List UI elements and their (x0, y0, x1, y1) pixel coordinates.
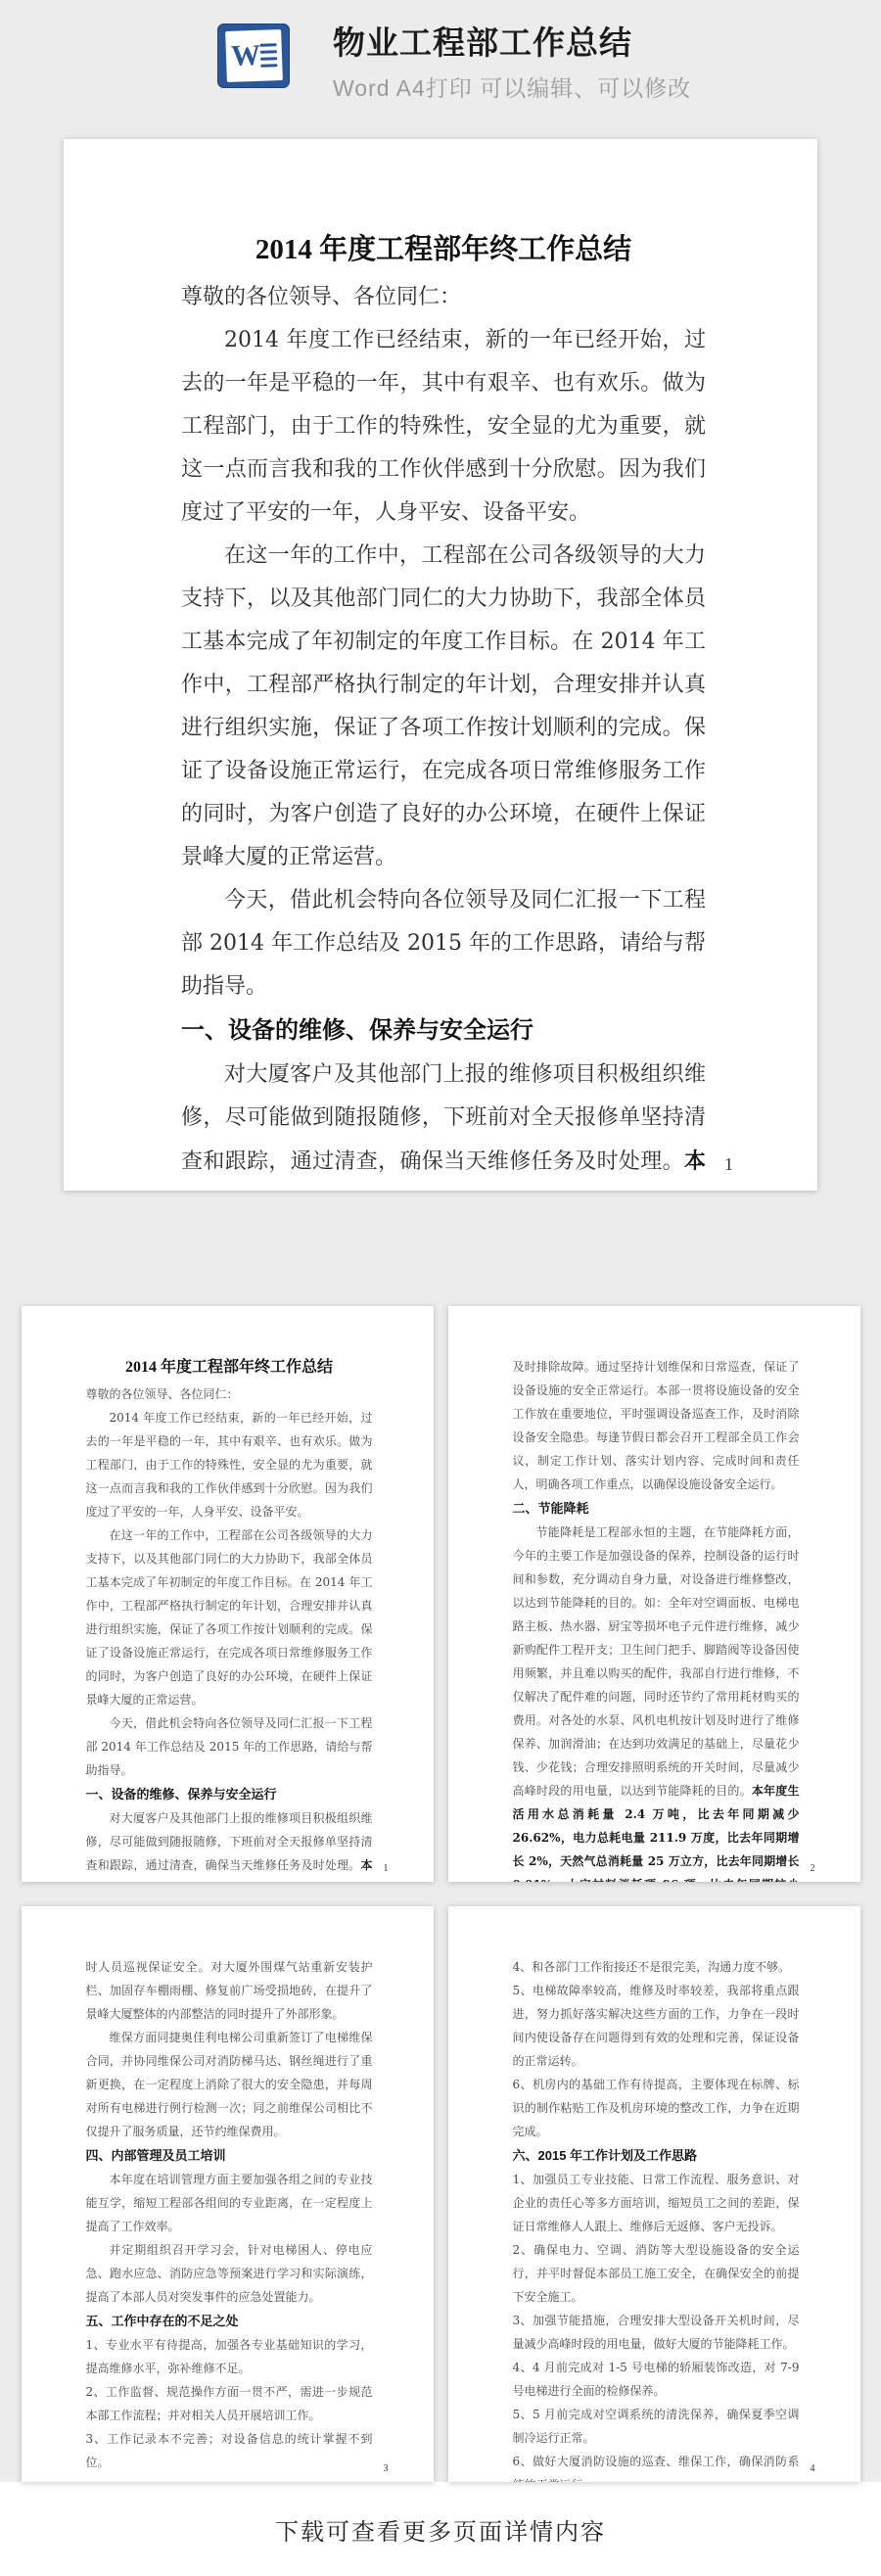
document-thumbnail-page-1[interactable]: 2014 年度工程部年终工作总结尊敬的各位领导、各位同仁：2014 年度工作已经… (22, 1306, 434, 1882)
page-number: 4 (811, 2463, 815, 2474)
section-heading: 四、内部管理及员工培训 (86, 2143, 373, 2168)
doc-paragraph: 3、加强节能措施，合理安排大型设备开关机时间，尽量减少高峰时段的用电量，做好大厦… (513, 2309, 800, 2356)
document-thumbnail-page-4[interactable]: 4、和各部门工作衔接还不是很完美，沟通力度不够。5、电梯故障率较高，维修及时率较… (448, 1906, 860, 2482)
document-title-heading: 物业工程部工作总结 (333, 23, 881, 63)
doc-paragraph: 对大厦客户及其他部门上报的维修项目积极组织维修，尽可能做到随报随修，下班前对全天… (181, 1054, 706, 1191)
doc-paragraph: 时人员巡视保证安全。对大厦外围煤气站重新安装护栏、加固存车棚雨棚、修复前广场受损… (86, 1955, 373, 2026)
doc-paragraph: 3、工作记录本不完善；对设备信息的统计掌握不到位。 (86, 2427, 373, 2474)
download-more-hint[interactable]: 下载可查看更多页面详情内容 (275, 2512, 606, 2547)
header-texts: 物业工程部工作总结 Word A4打印 可以编辑、可以修改 (333, 0, 881, 103)
doc-paragraph: 2014 年度工作已经结束，新的一年已经开始，过去的一年是平稳的一年，其中有艰辛… (181, 319, 706, 535)
doc-paragraph: 今天，借此机会特向各位领导及同仁汇报一下工程部 2014 年工作总结及 2015… (86, 1711, 373, 1782)
page-number: 3 (384, 2463, 389, 2474)
header: W 物业工程部工作总结 Word A4打印 可以编辑、可以修改 (0, 0, 881, 108)
thumbnail-grid: 2014 年度工程部年终工作总结尊敬的各位领导、各位同仁：2014 年度工作已经… (22, 1306, 860, 2482)
section-heading: 六、2015 年工作计划及工作思路 (513, 2143, 800, 2168)
section-heading: 五、工作中存在的不足之处 (86, 2309, 373, 2333)
document-format-subtitle: Word A4打印 可以编辑、可以修改 (333, 70, 881, 103)
section-heading: 一、设备的维修、保养与安全运行 (86, 1782, 373, 1806)
page-number: 2 (811, 1863, 815, 1874)
page-body: 2014 年度工程部年终工作总结尊敬的各位领导、各位同仁：2014 年度工作已经… (86, 1355, 373, 1882)
doc-paragraph: 本年度在培训管理方面主要加强各组之间的专业技能互学，缩短工程部各组间的专业距离，… (86, 2168, 373, 2238)
doc-paragraph: 在这一年的工作中，工程部在公司各级领导的大力支持下，以及其他部门同仁的大力协助下… (181, 535, 706, 879)
section-heading: 二、节能降耗 (513, 1496, 800, 1521)
doc-paragraph: 4、4 月前完成对 1-5 号电梯的轿厢装饰改造，对 7-9 号电梯进行全面的检… (513, 2356, 800, 2403)
doc-paragraph: 5、电梯故障率较高，维修及时率较差，我部将重点跟进，努力抓好落实解决这些方面的工… (513, 1979, 800, 2073)
doc-paragraph: 今天，借此机会特向各位领导及同仁汇报一下工程部 2014 年工作总结及 2015… (181, 879, 706, 1008)
doc-paragraph: 2、确保电力、空调、消防等大型设施设备的安全运行，并平时督促本部员工施工安全，在… (513, 2238, 800, 2309)
word-file-icon: W (217, 23, 290, 88)
doc-paragraph: 维保方面同捷奥佳利电梯公司重新签订了电梯维保合同，并协同维保公司对消防梯马达、钢… (86, 2026, 373, 2143)
doc-greeting: 尊敬的各位领导、各位同仁： (181, 276, 706, 319)
page-number: 1 (724, 1154, 733, 1175)
doc-title: 2014 年度工程部年终工作总结 (86, 1355, 373, 1381)
doc-paragraph: 1、专业水平有待提高，加强各专业基础知识的学习，提高维修水平，弥补维修不足。 (86, 2333, 373, 2380)
doc-paragraph: 2、工作监督、规范操作方面一贯不严，需进一步规范本部工作流程；并对相关人员开展培… (86, 2380, 373, 2427)
doc-paragraph: 6、做好大厦消防设施的巡查、维保工作，确保消防系统的正常运行。 (513, 2450, 800, 2482)
doc-bold-statistics: 本年度共完成维修及保养项目 2058 项，其中日常自检维修 1517 项，占总维… (86, 1858, 373, 1882)
doc-paragraph: 节能降耗是工程部永恒的主题，在节能降耗方面，今年的主要工作是加强设备的保养，控制… (513, 1521, 800, 1882)
page-body: 4、和各部门工作衔接还不是很完美，沟通力度不够。5、电梯故障率较高，维修及时率较… (513, 1955, 800, 2482)
document-thumbnail-page-2[interactable]: 及时排除故障。通过坚持计划维保和日常巡查，保证了设备设施的安全正常运行。本部一贯… (448, 1306, 860, 1882)
doc-bold-statistics: 本年度生活用水总消耗量 2.4 万吨，比去年同期减少 26.62%，电力总耗电量… (513, 1784, 800, 1882)
doc-paragraph: 并定期组织召开学习会，针对电梯困人、停电应急、跑水应急、消防应急等预案进行学习和… (86, 2238, 373, 2309)
word-icon-page: W (225, 29, 283, 82)
word-icon-text-lines (260, 43, 278, 68)
document-thumbnail-page-3[interactable]: 时人员巡视保证安全。对大厦外围煤气站重新安装护栏、加固存车棚雨棚、修复前广场受损… (22, 1906, 434, 2482)
word-icon-letter: W (230, 41, 260, 71)
page-number: 1 (384, 1863, 389, 1874)
page-body: 及时排除故障。通过坚持计划维保和日常巡查，保证了设备设施的安全正常运行。本部一贯… (513, 1355, 800, 1882)
doc-paragraph: 在这一年的工作中，工程部在公司各级领导的大力支持下，以及其他部门同仁的大力协助下… (86, 1523, 373, 1711)
doc-paragraph: 6、机房内的基础工作有待提高，主要体现在标牌、标识的制作粘贴工作及机房环境的整改… (513, 2073, 800, 2143)
page-body: 时人员巡视保证安全。对大厦外围煤气站重新安装护栏、加固存车棚雨棚、修复前广场受损… (86, 1955, 373, 2474)
doc-paragraph: 及时排除故障。通过坚持计划维保和日常巡查，保证了设备设施的安全正常运行。本部一贯… (513, 1355, 800, 1496)
page-body: 2014 年度工程部年终工作总结尊敬的各位领导、各位同仁：2014 年度工作已经… (181, 227, 706, 1191)
doc-paragraph: 2014 年度工作已经结束，新的一年已经开始，过去的一年是平稳的一年，其中有艰辛… (86, 1406, 373, 1523)
doc-paragraph: 对大厦客户及其他部门上报的维修项目积极组织维修，尽可能做到随报随修，下班前对全天… (86, 1806, 373, 1882)
doc-title: 2014 年度工程部年终工作总结 (181, 227, 706, 272)
doc-paragraph: 4、和各部门工作衔接还不是很完美，沟通力度不够。 (513, 1955, 800, 1979)
doc-greeting: 尊敬的各位领导、各位同仁： (86, 1382, 373, 1406)
doc-paragraph: 1、加强员工专业技能、日常工作流程、服务意识、对企业的责任心等多方面培训，缩短员… (513, 2168, 800, 2238)
doc-bold-statistics: 本年度共完成维修及保养项目 2058 项，其中日常自检维修 1517 项，占总维… (181, 1148, 706, 1191)
footer: 下载可查看更多页面详情内容 (0, 2482, 881, 2576)
doc-paragraph: 5、5 月前完成对空调系统的清洗保养，确保夏季空调制冷运行正常。 (513, 2403, 800, 2450)
section-heading: 一、设备的维修、保养与安全运行 (181, 1008, 706, 1054)
document-preview-page-1[interactable]: 2014 年度工程部年终工作总结尊敬的各位领导、各位同仁：2014 年度工作已经… (64, 139, 817, 1191)
